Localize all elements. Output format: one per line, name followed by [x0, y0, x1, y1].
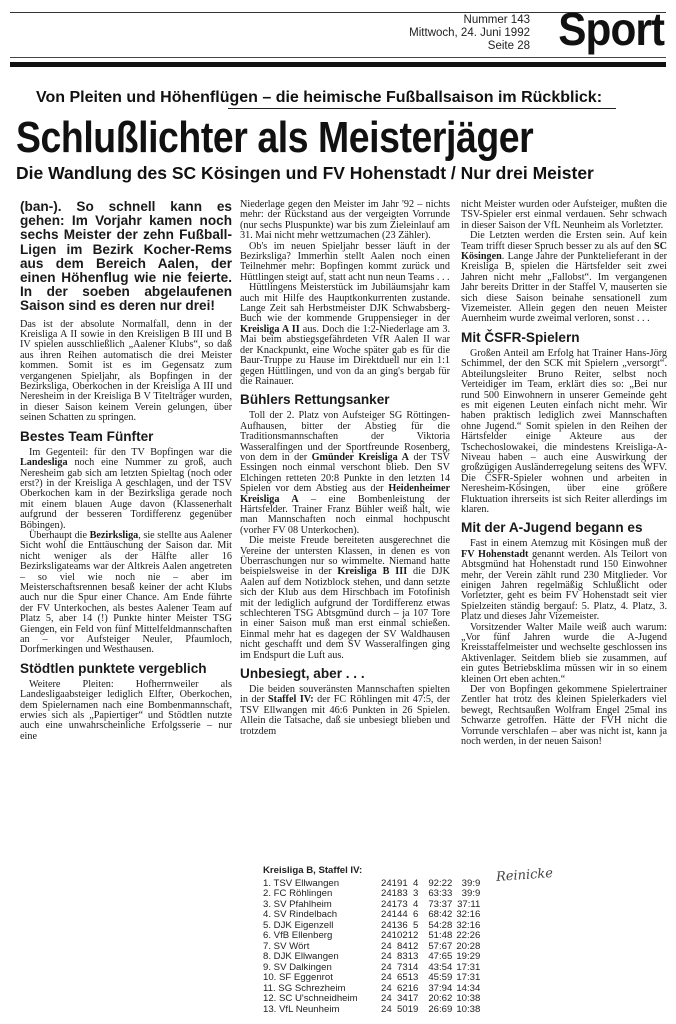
team: 2. FC Röhlingen — [263, 889, 381, 900]
paragraph: Die beiden souveränsten Mannschaften spi… — [240, 685, 450, 737]
paragraph: Hüttlingens Meisterstück im Jubiläumsjah… — [240, 283, 450, 387]
kicker-underline — [228, 108, 616, 109]
wins: 8 — [392, 952, 403, 963]
paragraph: Überhaupt die Bezirksliga, sie stellte a… — [20, 531, 232, 656]
masthead-meta: Nummer 143 Mittwoch, 24. Juni 1992 Seite… — [380, 14, 530, 53]
standings-table: Kreisliga B, Staffel IV: 1. TSV Ellwange… — [263, 866, 480, 1015]
goal-ratio: 68:42 — [418, 910, 452, 921]
draws: 3 — [402, 952, 407, 963]
article-headline: Schlußlichter als Meisterjäger — [16, 113, 533, 163]
draws: 4 — [402, 910, 407, 921]
section-heading: Stödtlen punktete vergeblich — [20, 661, 232, 677]
mid-rule — [10, 57, 666, 58]
losses: 6 — [408, 910, 419, 921]
points: 39:9 — [452, 889, 480, 900]
team: 4. SV Rindelbach — [263, 910, 381, 921]
team: 6. VfB Ellenberg — [263, 931, 381, 942]
paragraph: Der von Bopfingen gekommene Spielertrain… — [461, 685, 667, 747]
handwritten-annotation: Reinicke — [496, 866, 554, 885]
paragraph: Die meiste Freude bereiteten ausgerechne… — [240, 536, 450, 661]
section-heading: Bühlers Rettungsanker — [240, 392, 450, 408]
losses: 12 — [408, 931, 419, 942]
paragraph: Ob's im neuen Spieljahr besser läuft in … — [240, 242, 450, 284]
draws: 0 — [402, 1005, 407, 1016]
paragraph: Toll der 2. Platz von Aufsteiger SG Rött… — [240, 411, 450, 536]
wins: 10 — [392, 931, 403, 942]
article-kicker: Von Pleiten und Höhenflügen – die heimis… — [36, 89, 602, 107]
table-row: 4. SV Rindelbach24144668:4232:16 — [263, 910, 480, 921]
goal-ratio: 20:62 — [418, 994, 452, 1005]
losses: 17 — [408, 994, 419, 1005]
wins: 14 — [392, 910, 403, 921]
team: 10. SF Eggenrot — [263, 973, 381, 984]
points: 22:26 — [452, 931, 480, 942]
games-played: 24 — [381, 931, 392, 942]
paragraph: Vorsitzender Walter Maile weiß auch waru… — [461, 623, 667, 685]
section-heading: Mit ČSFR-Spielern — [461, 330, 667, 346]
goal-ratio: 51:48 — [418, 931, 452, 942]
points: 10:38 — [452, 994, 480, 1005]
table-row: 6. VfB Ellenberg241021251:4822:26 — [263, 931, 480, 942]
points: 19:29 — [452, 952, 480, 963]
section-heading: Bestes Team Fünfter — [20, 429, 232, 445]
games-played: 24 — [381, 952, 392, 963]
losses: 13 — [408, 952, 419, 963]
paragraph: Weitere Pleiten: Hofherrnweiler als Land… — [20, 680, 232, 742]
standings-title: Kreisliga B, Staffel IV: — [263, 866, 480, 877]
points: 17:31 — [452, 973, 480, 984]
games-played: 24 — [381, 910, 392, 921]
games-played: 24 — [381, 994, 392, 1005]
table-row: 13. VfL Neunheim24501926:6910:38 — [263, 1005, 480, 1016]
paragraph: Fast in einem Atemzug mit Kösingen muß d… — [461, 539, 667, 622]
issue-number: Nummer 143 — [380, 14, 530, 27]
paragraph: Niederlage gegen den Meister im Jahr '92… — [240, 200, 450, 242]
games-played: 24 — [381, 973, 392, 984]
losses: 3 — [408, 889, 419, 900]
goal-ratio: 47:65 — [418, 952, 452, 963]
table-row: 12. SC U'schneidheim24341720:6210:38 — [263, 994, 480, 1005]
goal-ratio: 26:69 — [418, 1005, 452, 1016]
goal-ratio: 63:33 — [418, 889, 452, 900]
section-title: Sport — [558, 4, 664, 54]
article-column-2: Niederlage gegen den Meister im Jahr '92… — [240, 200, 450, 737]
article-column-3: nicht Meister wurden oder Aufsteiger, mu… — [461, 200, 667, 748]
games-played: 24 — [381, 889, 392, 900]
thick-rule — [10, 62, 666, 67]
table-row: 10. SF Eggenrot24651345:5917:31 — [263, 973, 480, 984]
section-heading: Unbesiegt, aber . . . — [240, 666, 450, 682]
issue-date: Mittwoch, 24. Juni 1992 — [380, 27, 530, 40]
team: 13. VfL Neunheim — [263, 1005, 381, 1016]
paragraph: nicht Meister wurden oder Aufsteiger, mu… — [461, 200, 667, 231]
draws: 4 — [402, 994, 407, 1005]
page-number: Seite 28 — [380, 40, 530, 53]
paragraph: Im Gegenteil: für den TV Bopfingen war d… — [20, 448, 232, 531]
losses: 19 — [408, 1005, 419, 1016]
wins: 3 — [392, 994, 403, 1005]
table-row: 2. FC Röhlingen24183363:3339:9 — [263, 889, 480, 900]
wins: 5 — [392, 1005, 403, 1016]
paragraph: Die Letzten werden die Ersten sein. Auf … — [461, 231, 667, 325]
section-heading: Mit der A-Jugend begann es — [461, 520, 667, 536]
team: 8. DJK Ellwangen — [263, 952, 381, 963]
games-played: 24 — [381, 1005, 392, 1016]
goal-ratio: 45:59 — [418, 973, 452, 984]
losses: 13 — [408, 973, 419, 984]
wins: 6 — [392, 973, 403, 984]
draws: 5 — [402, 973, 407, 984]
paragraph: Großen Anteil am Erfolg hat Trainer Hans… — [461, 349, 667, 516]
draws: 3 — [402, 889, 407, 900]
article-lead: (ban-). So schnell kann es gehen: Im Vor… — [20, 200, 232, 314]
points: 32:16 — [452, 910, 480, 921]
team: 12. SC U'schneidheim — [263, 994, 381, 1005]
draws: 2 — [402, 931, 407, 942]
points: 10:38 — [452, 1005, 480, 1016]
wins: 18 — [392, 889, 403, 900]
article-subhead: Die Wandlung des SC Kösingen und FV Hohe… — [16, 163, 594, 184]
article-column-1: (ban-). So schnell kann es gehen: Im Vor… — [20, 200, 232, 742]
standings-grid: 1. TSV Ellwangen24191492:2239:92. FC Röh… — [263, 879, 480, 1016]
table-row: 8. DJK Ellwangen24831347:6519:29 — [263, 952, 480, 963]
paragraph: Das ist der absolute Normalfall, denn in… — [20, 320, 232, 424]
